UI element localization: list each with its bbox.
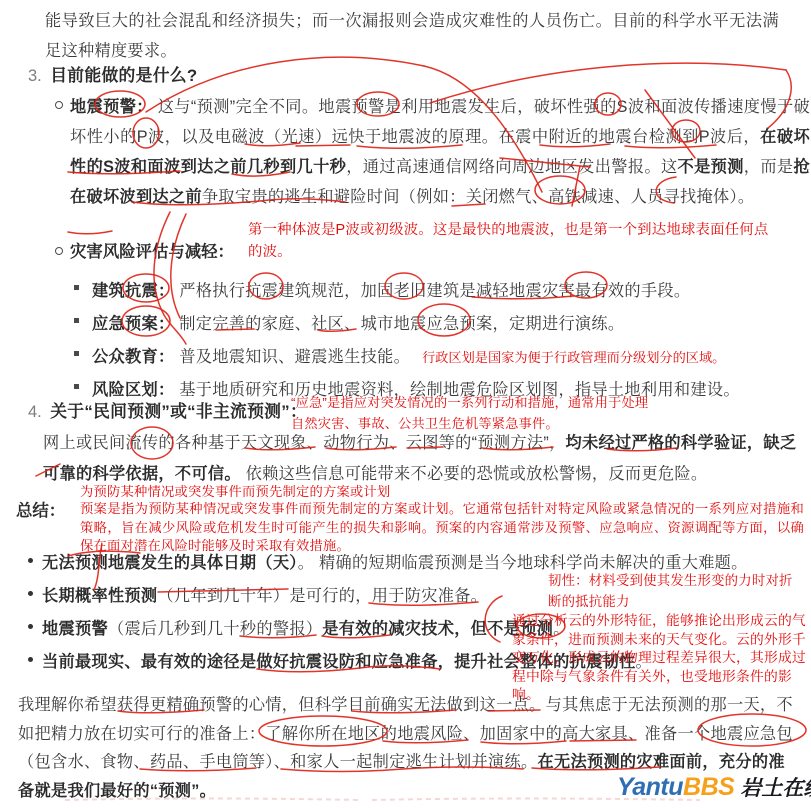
sub-item-education: 公众教育： 普及地震知识、避震逃生技能。行政区划是国家为便于行政管理而分级划分的… [92, 343, 725, 367]
sub-item-text: 普及地震知识、避震逃生技能。 [174, 348, 410, 366]
sub-item-text: 严格执行抗震建筑规范，加固老旧建筑是减轻地震灾害最有效的手段。 [174, 282, 690, 300]
sub-item-label: 公众教育： [92, 348, 174, 366]
bullet-square-icon [74, 351, 79, 356]
red-note-plan-short: 为预防某种情况或突发事件而预先制定的方案或计划 [80, 481, 390, 500]
bullet-dot-icon [28, 558, 33, 563]
yantubbs-logo: YantuBBS岩土在线 [617, 772, 811, 802]
sub-item-plan: 应急预案： 制定完善的家庭、社区、城市地震应急预案，定期进行演练。 [92, 310, 636, 334]
sub-item-label: 风险区划： [92, 381, 174, 399]
section-3-number: 3. [28, 67, 42, 85]
sub-item-label: 建筑抗震： [92, 282, 174, 300]
earthquake-warning-item: 地震预警： 这与“预测”完全不同。地震预警是利用地震发生后，破坏性强的S波和面波… [70, 92, 810, 212]
warning-bold-2: 不是预测 [678, 158, 744, 176]
bullet-text: （几年到几十年）是可行的，用于防灾准备。 [157, 587, 487, 605]
bullet-square-icon [74, 384, 79, 389]
bullet-circle-icon [55, 101, 63, 109]
risk-heading-label: 灾害风险评估与减轻： [70, 243, 234, 261]
logo-bbs-text: BBS [683, 773, 734, 801]
section-4-heading: 4. 关于“民间预测”或“非主流预测”： [28, 398, 307, 422]
red-note-plan-long: 预案是指为预防某种情况或突发事件而预先制定的方案或计划。它通常包括针对特定风险或… [80, 500, 804, 556]
logo-chinese-text: 岩土在线 [740, 777, 811, 800]
section-3-title: 目前能做的是什么? [50, 66, 197, 85]
sub-item-text: 制定完善的家庭、社区、城市地震应急预案，定期进行演练。 [174, 315, 624, 333]
paragraph-precision: 能导致巨大的社会混乱和经济损失；而一次漏报则会造成灾难性的人员伤亡。目前的科学水… [45, 6, 779, 66]
bullet-bold: 长期概率性预测 [42, 587, 157, 605]
risk-assessment-heading: 灾害风险评估与减轻： [70, 238, 234, 262]
sub-item-label: 应急预案： [92, 315, 174, 333]
bullet-text: （震后几秒到几十秒的警报） [108, 620, 322, 638]
bullet-dot-icon [28, 657, 33, 662]
bullet-bold: 无法预测地震发生的具体日期（天） [42, 554, 298, 572]
bullet-square-icon [74, 318, 79, 323]
bullet-dot-icon [28, 591, 33, 596]
summary-label-text: 总结： [16, 502, 65, 520]
red-note-p-wave: 第一种体波是P波或初级波。这是最快的地震波，也是第一个到达地球表面任何点的波。 [248, 219, 772, 263]
bullet-circle-icon [55, 247, 63, 255]
bullet-square-icon [74, 285, 79, 290]
section-4-title: 关于“民间预测”或“非主流预测”： [50, 402, 307, 421]
warning-text-4: 争取宝贵的逃生和避险时间（例如：关闭燃气、高铁减速、人员寻找掩体）。 [202, 188, 754, 206]
summary-label: 总结： [16, 497, 65, 521]
warning-text-1: 这与“预测”完全不同。地震预警是利用地震发生后，破坏性强的S波和面波传播速度慢于… [70, 98, 810, 146]
section-3-heading: 3. 目前能做的是什么? [28, 62, 197, 86]
folk-text-1: 网上或民间流传的各种基于天文现象、动物行为、云图等的“预测方法”， [43, 434, 566, 452]
sub-item-red-note: 行政区划是国家为便于行政管理而分级划分的区域。 [422, 350, 725, 365]
warning-text-2: ，通过高速通信网络向周边地区发出警报。这 [346, 158, 677, 176]
section-4-number: 4. [28, 403, 42, 421]
warning-text-3: ，而是 [744, 158, 794, 176]
warning-label: 地震预警： [70, 98, 153, 116]
red-note-resilience: 韧性：材料受到使其发生形变的力时对折断的抵抗能力 [548, 570, 802, 612]
document-page: 能导致巨大的社会混乱和经济损失；而一次漏报则会造成灾难性的人员伤亡。目前的科学水… [0, 0, 811, 808]
bullet-dot-icon [28, 624, 33, 629]
sub-item-building: 建筑抗震： 严格执行抗震建筑规范，加固老旧建筑是减轻地震灾害最有效的手段。 [92, 277, 702, 301]
bullet-bold: 地震预警 [42, 620, 108, 638]
logo-yantu-text: Yantu [617, 773, 683, 801]
